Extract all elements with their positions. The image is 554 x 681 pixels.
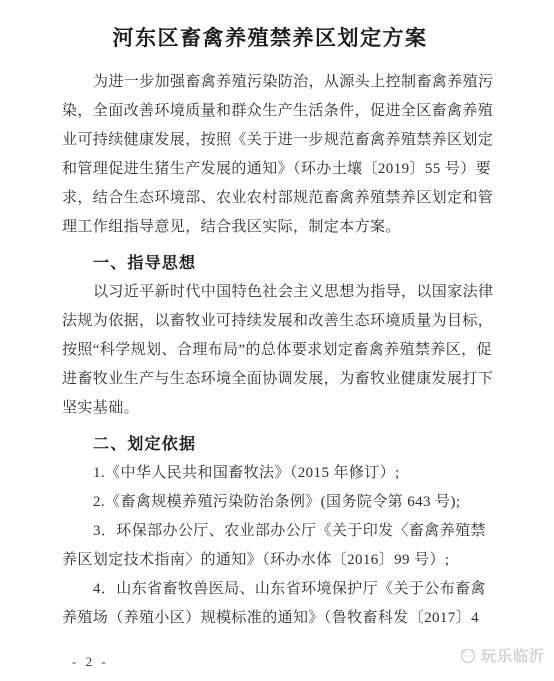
text-line: 以习近平新时代中国特色社会主义思想为指导，以国家法律 [62, 278, 478, 307]
text-line: 法规为依据，以畜牧业可持续发展和改善生态环境质量为目标， [62, 307, 478, 336]
document-page: 河东区畜禽养殖禁养区划定方案为进一步加强畜禽养殖污染防治，从源头上控制畜禽养殖污… [62, 22, 478, 633]
text-line: 3．环保部办公厅、农业部办公厅《关于印发〈畜禽养殖禁 [62, 517, 478, 546]
section-heading: 二、划定依据 [62, 430, 478, 459]
text-line: 进畜牧业生产与生态环境全面协调发展，为畜牧业健康发展打下 [62, 365, 478, 394]
text-line: 1.《中华人民共和国畜牧法》（2015 年修订）; [62, 459, 478, 488]
page-number: - 2 - [72, 654, 109, 670]
text-line: 业可持续健康发展，按照《关于进一步规范畜禽养殖禁养区划定 [62, 126, 478, 155]
text-line: 理工作组指导意见，结合我区实际，制定本方案。 [62, 213, 478, 242]
text-line: 染，全面改善环境质量和群众生产生活条件，促进全区畜禽养殖 [62, 97, 478, 126]
section-heading: 一、指导思想 [62, 249, 478, 278]
text-line: 4．山东省畜牧兽医局、山东省环境保护厅《关于公布畜禽 [62, 575, 478, 604]
text-line: 求，结合生态环境部、农业农村部规范畜禽养殖禁养区划定和管 [62, 184, 478, 213]
watermark-text: 玩乐临沂 [481, 645, 545, 666]
text-line: 为进一步加强畜禽养殖污染防治，从源头上控制畜禽养殖污 [62, 68, 478, 97]
text-line: 按照“科学规划、合理布局”的总体要求划定畜禽养殖禁养区，促 [62, 336, 478, 365]
text-line: 养殖场（养殖小区）规模标准的通知》（鲁牧畜科发〔2017〕4 [62, 604, 478, 633]
text-line: 坚实基础。 [62, 394, 478, 423]
watermark-logo-icon [459, 647, 477, 665]
text-line: 和管理促进生猪生产发展的通知》（环办土壤〔2019〕55 号）要 [62, 155, 478, 184]
watermark: 玩乐临沂 [459, 645, 545, 666]
doc-title: 河东区畜禽养殖禁养区划定方案 [62, 22, 478, 54]
text-line: 养区划定技术指南〉的通知》（环办水体〔2016〕99 号）; [62, 546, 478, 575]
text-line: 2.《畜禽规模养殖污染防治条例》(国务院令第 643 号); [62, 488, 478, 517]
